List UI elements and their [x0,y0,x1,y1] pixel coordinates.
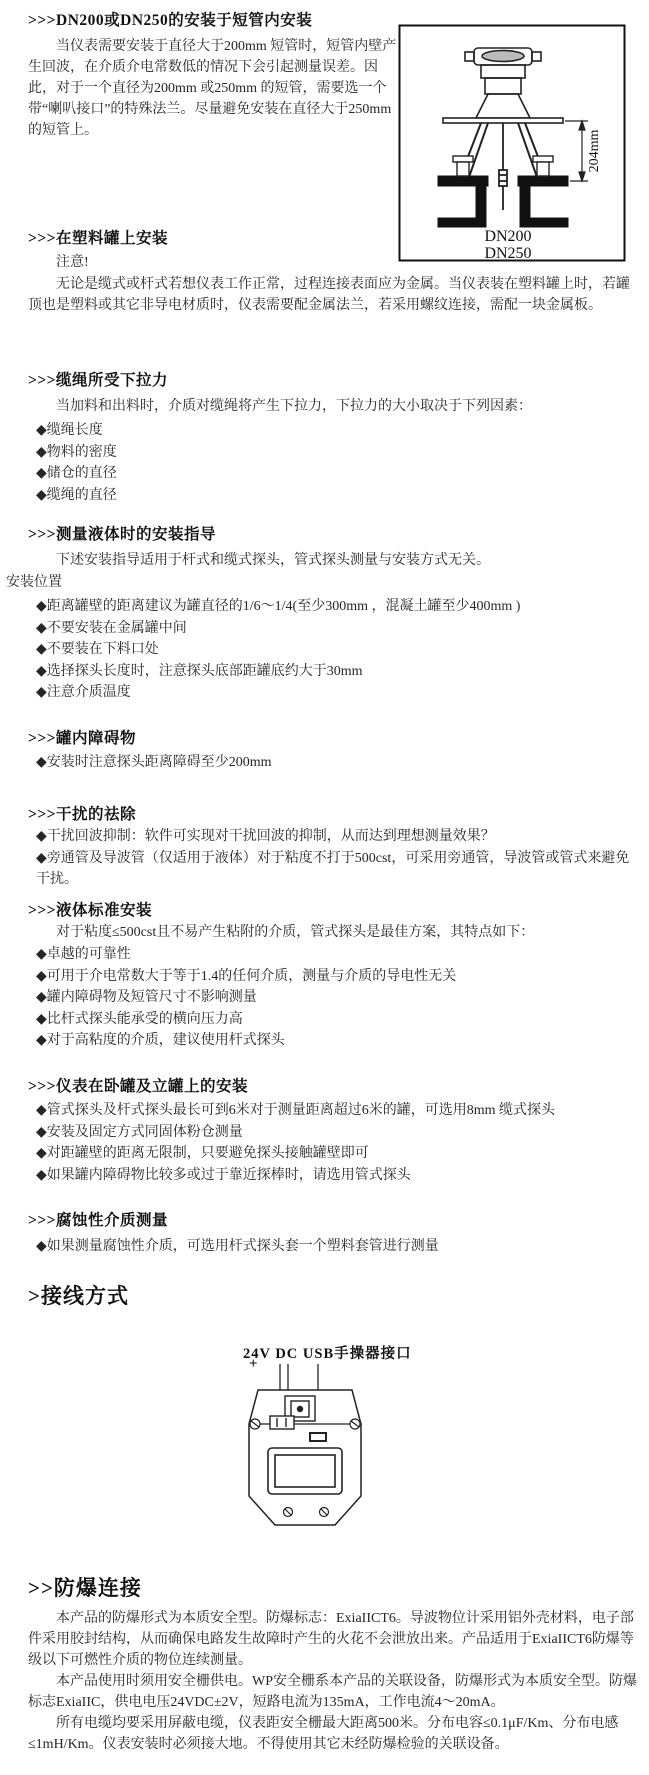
paragraph-explosion-1: 本产品的防爆形式为本质安全型。防爆标志：ExiaIICT6。导波物位计采用铝外壳… [28,1608,640,1671]
bullet-item: ◆管式探头及杆式探头最长可到6米对于测量距离超过6米的罐，可选用8mm 缆式探头 [28,1100,640,1122]
section-title-standard-install: >>>液体标准安装 [28,898,152,920]
bullet-item: ◆选择探头长度时，注意探头底部距罐底约大于30mm [28,661,640,683]
dn200-label: DN200 [484,228,531,245]
bullet-item: ◆距离罐壁的距离建议为罐直径的1/6～1/4(至少300mm ，混凝土罐至少40… [28,596,640,618]
section-title-horizontal-tanks: >>>仪表在卧罐及立罐上的安装 [28,1074,248,1096]
bullet-item: ◆如果测量腐蚀性介质，可选用杆式探头套一个塑料套管进行测量 [28,1236,640,1258]
bullet-item: ◆不要装在下料口处 [28,639,640,661]
bullet-list-cable-force: ◆缆绳长度 ◆物料的密度 ◆储仓的直径 ◆缆绳的直径 [28,420,640,506]
usb-port [310,1433,326,1441]
bullet-list-obstacles: ◆安装时注意探头距离障碍至少200mm [28,752,640,774]
bullet-item: ◆缆绳的直径 [28,485,640,507]
bullet-item: ◆比杆式探头能承受的横向压力高 [28,1009,640,1031]
section-title-explosion-proof: >>防爆连接 [28,1572,142,1602]
bullet-item: ◆罐内障碍物及短管尺寸不影响测量 [28,987,640,1009]
bullet-item: ◆可用于介电常数大于等于1.4的任何介质，测量与介质的导电性无关 [28,966,640,988]
bullet-item: ◆干扰回波抑制：软件可实现对干扰回波的抑制，从而达到理想测量效果？ [28,826,640,848]
explosion-proof-paragraphs: 本产品的防爆形式为本质安全型。防爆标志：ExiaIICT6。导波物位计采用铝外壳… [28,1608,640,1755]
device-housing [249,1390,361,1525]
bullet-item: ◆不要安装在金属罐中间 [28,618,640,640]
bullet-item: ◆缆绳长度 [28,420,640,442]
paragraph-standard-install: 对于粘度≤500cst且不易产生粘附的介质，管式探头是最佳方案，其特点如下： [28,922,640,943]
section-title-liquid-guide: >>>测量液体时的安装指导 [28,522,216,544]
section-title-plastic-tank: >>>在塑料罐上安装 [28,226,168,248]
nozzle-install-diagram: 204mm DN200 DN250 [398,24,626,262]
section-title-corrosive: >>>腐蚀性介质测量 [28,1208,168,1230]
section-title-dn200-install: >>>DN200或DN250的安装于短管内安装 [28,8,312,30]
subhead-install-position: 安装位置 [6,572,62,593]
bullet-item: ◆物料的密度 [28,442,640,464]
paragraph-plastic-tank: 无论是缆式或杆式若想仪表工作正常，过程连接表面应为金属。当仪表装在塑料罐上时，若… [28,274,630,316]
section-title-interference: >>>干扰的祛除 [28,802,136,824]
bullet-item: ◆如果罐内障碍物比较多或过于靠近探棒时，请选用管式探头 [28,1165,640,1187]
section-title-obstacles: >>>罐内障碍物 [28,726,136,748]
bullet-item: ◆注意介质温度 [28,682,640,704]
bullet-item: ◆储仓的直径 [28,463,640,485]
bullet-list-horizontal-tanks: ◆管式探头及杆式探头最长可到6米对于测量距离超过6米的罐，可选用8mm 缆式探头… [28,1100,640,1186]
note-label: 注意! [28,252,89,273]
section-title-cable-force: >>>缆绳所受下拉力 [28,368,168,390]
bullet-list-corrosive: ◆如果测量腐蚀性介质，可选用杆式探头套一个塑料套管进行测量 [28,1236,640,1258]
bullet-list-standard-install: ◆卓越的可靠性 ◆可用于介电常数大于等于1.4的任何介质，测量与介质的导电性无关… [28,944,640,1052]
bullet-list-liquid-guide: ◆距离罐壁的距离建议为罐直径的1/6～1/4(至少300mm ，混凝土罐至少40… [28,596,640,704]
power-terminal [270,1416,294,1429]
section-title-wiring: >接线方式 [28,1280,129,1310]
paragraph-liquid-guide: 下述安装指导适用于杆式和缆式探头，管式探头测量与安装方式无关。 [28,550,640,571]
bullet-list-interference: ◆干扰回波抑制：软件可实现对干扰回波的抑制，从而达到理想测量效果？ ◆旁通管及导… [28,826,640,891]
bullet-item: ◆旁通管及导波管（仅适用于液体）对于粘度不打于500cst，可采用旁通管，导波管… [28,848,640,891]
paragraph-explosion-2: 本产品使用时须用安全栅供电。WP安全栅系本产品的关联设备，防爆形式为本质安全型。… [28,1671,640,1713]
paragraph-dn200-install: 当仪表需要安装于直径大于200mm 短管时，短管内壁产生回波，在介质介电常数低的… [28,36,400,141]
paragraph-cable-force: 当加料和出料时，介质对缆绳将产生下拉力，下拉力的大小取决于下列因素： [28,396,640,417]
bullet-item: ◆安装及固定方式同固体粉仓测量 [28,1122,640,1144]
wiring-diagram [230,1360,380,1532]
dimension-label: 204mm [587,130,602,173]
bullet-item: ◆对距罐壁的距离无限制，只要避免探头接触罐壁即可 [28,1143,640,1165]
flange-plate [443,118,563,123]
bullet-item: ◆卓越的可靠性 [28,944,640,966]
dn250-label: DN250 [484,245,531,262]
bullet-item: ◆对于高粘度的介质，建议使用杆式探头 [28,1030,640,1052]
bullet-item: ◆安装时注意探头距离障碍至少200mm [28,752,640,774]
paragraph-explosion-3: 所有电缆均要采用屏蔽电缆，仪表距安全栅最大距离500米。分布电容≤0.1μF/K… [28,1713,640,1755]
manual-page: { "sections": { "s1": { "title": ">>>DN2… [0,0,649,1775]
